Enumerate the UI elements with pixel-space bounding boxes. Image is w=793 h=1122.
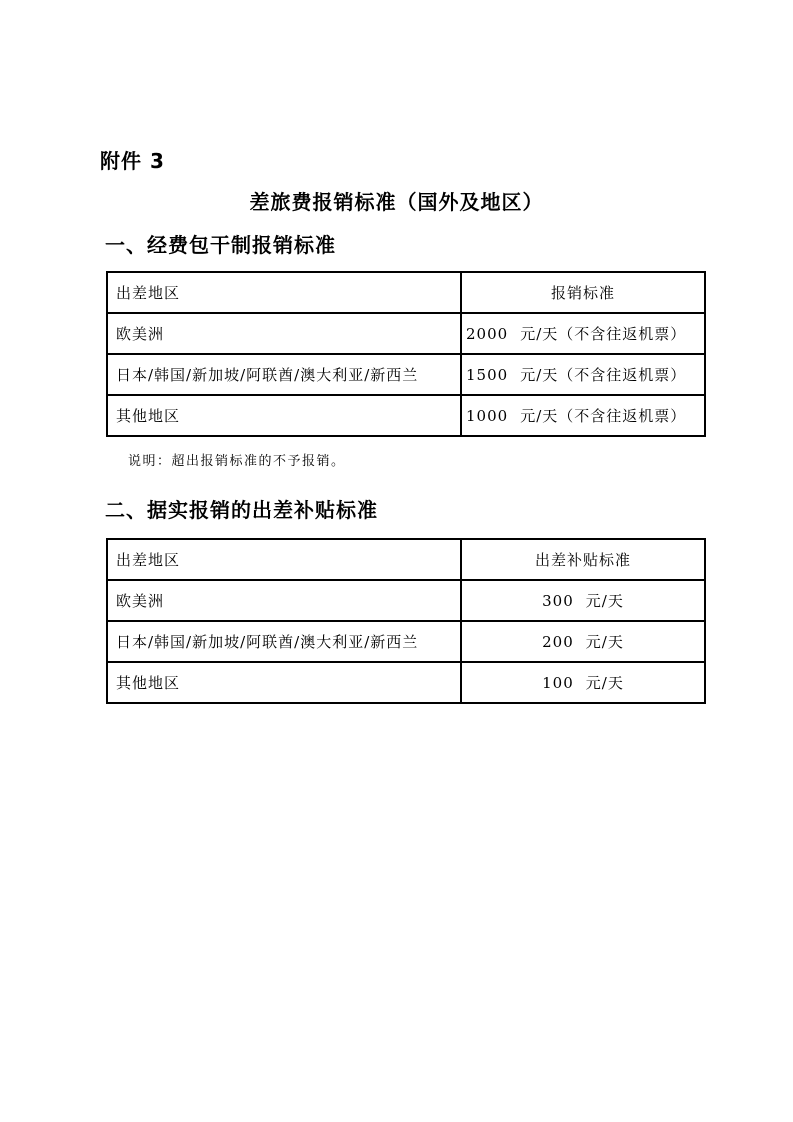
amount-unit: 元/天 bbox=[586, 674, 624, 692]
table-row: 欧美洲 2000元/天（不含往返机票） bbox=[107, 313, 705, 354]
allowance-cell: 200元/天 bbox=[461, 621, 705, 662]
standard-cell: 1500元/天（不含往返机票） bbox=[461, 354, 705, 395]
column-header-standard: 报销标准 bbox=[461, 272, 705, 313]
table-row: 其他地区 1000元/天（不含往返机票） bbox=[107, 395, 705, 436]
amount-value: 300 bbox=[542, 592, 574, 610]
document-title: 差旅费报销标准（国外及地区） bbox=[0, 186, 793, 215]
region-cell: 欧美洲 bbox=[107, 580, 461, 621]
region-cell: 日本/韩国/新加坡/阿联酋/澳大利亚/新西兰 bbox=[107, 354, 461, 395]
column-header-standard: 出差补贴标准 bbox=[461, 539, 705, 580]
allowance-standard-table: 出差地区 出差补贴标准 欧美洲 300元/天 日本/韩国/新加坡/阿联酋/澳大利… bbox=[106, 538, 706, 704]
section-2-heading: 二、据实报销的出差补贴标准 bbox=[105, 494, 378, 523]
standard-cell: 2000元/天（不含往返机票） bbox=[461, 313, 705, 354]
amount-value: 200 bbox=[542, 633, 574, 651]
amount-unit: 元/天（不含往返机票） bbox=[520, 407, 686, 425]
region-cell: 其他地区 bbox=[107, 395, 461, 436]
table-header-row: 出差地区 出差补贴标准 bbox=[107, 539, 705, 580]
region-cell: 日本/韩国/新加坡/阿联酋/澳大利亚/新西兰 bbox=[107, 621, 461, 662]
region-cell: 欧美洲 bbox=[107, 313, 461, 354]
amount-value: 100 bbox=[542, 674, 574, 692]
amount-unit: 元/天 bbox=[586, 633, 624, 651]
amount-unit: 元/天（不含往返机票） bbox=[520, 366, 686, 384]
standard-cell: 1000元/天（不含往返机票） bbox=[461, 395, 705, 436]
amount-unit: 元/天（不含往返机票） bbox=[520, 325, 686, 343]
region-cell: 其他地区 bbox=[107, 662, 461, 703]
amount-value: 1500 bbox=[466, 366, 508, 384]
amount-unit: 元/天 bbox=[586, 592, 624, 610]
table-row: 日本/韩国/新加坡/阿联酋/澳大利亚/新西兰 200元/天 bbox=[107, 621, 705, 662]
amount-value: 1000 bbox=[466, 407, 508, 425]
amount-value: 2000 bbox=[466, 325, 508, 343]
table-row: 欧美洲 300元/天 bbox=[107, 580, 705, 621]
table-note: 说明：超出报销标准的不予报销。 bbox=[128, 450, 346, 469]
allowance-cell: 100元/天 bbox=[461, 662, 705, 703]
table-row: 其他地区 100元/天 bbox=[107, 662, 705, 703]
section-1-heading: 一、经费包干制报销标准 bbox=[105, 229, 336, 258]
column-header-region: 出差地区 bbox=[107, 272, 461, 313]
lump-sum-standard-table: 出差地区 报销标准 欧美洲 2000元/天（不含往返机票） 日本/韩国/新加坡/… bbox=[106, 271, 706, 437]
document-page: 附件 3 差旅费报销标准（国外及地区） 一、经费包干制报销标准 出差地区 报销标… bbox=[0, 0, 793, 1122]
attachment-label: 附件 3 bbox=[100, 145, 165, 174]
allowance-cell: 300元/天 bbox=[461, 580, 705, 621]
table-header-row: 出差地区 报销标准 bbox=[107, 272, 705, 313]
table-row: 日本/韩国/新加坡/阿联酋/澳大利亚/新西兰 1500元/天（不含往返机票） bbox=[107, 354, 705, 395]
column-header-region: 出差地区 bbox=[107, 539, 461, 580]
